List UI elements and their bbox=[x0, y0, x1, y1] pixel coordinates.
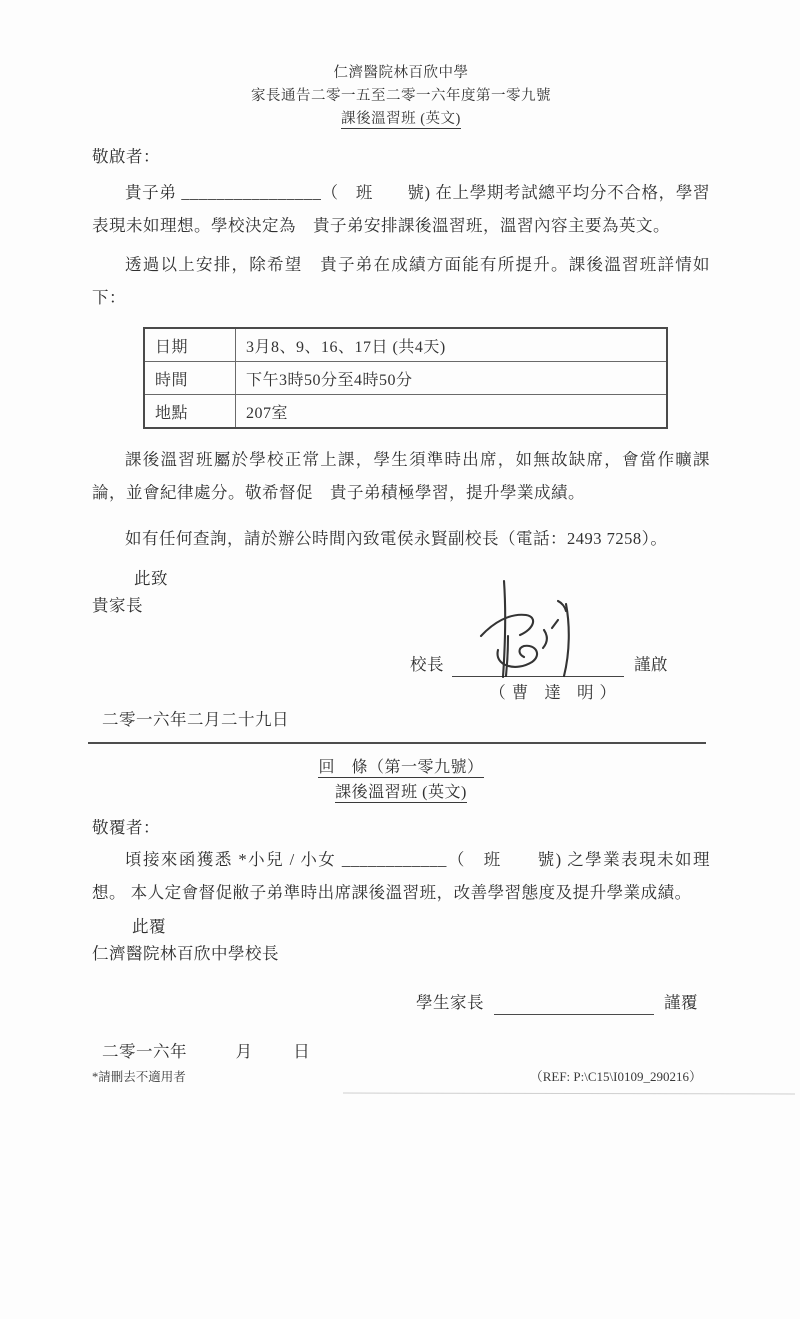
bottom-row: *請刪去不適用者 （REF: P:\C15\I0109_290216） bbox=[92, 1066, 710, 1085]
reply-date-month: 月 bbox=[236, 1042, 253, 1061]
reply-slip-subject: 課後溫習班 (英文) bbox=[92, 780, 710, 806]
principal-signoff: 謹啟 bbox=[634, 653, 668, 677]
handwritten-signature bbox=[480, 580, 584, 680]
letter-closing-parent: 貴家長 bbox=[92, 592, 710, 619]
letter-paragraph-4: 如有任何查詢，請於辦公時間內致電侯永賢副校長（電話：2493 7258）。 bbox=[92, 522, 710, 555]
notice-date: 二零一六年二月二十九日 bbox=[102, 707, 710, 733]
scan-artifact-line bbox=[343, 1093, 795, 1095]
notice-subject: 課後溫習班 (英文) bbox=[92, 108, 710, 131]
principal-role-label: 校長 bbox=[410, 653, 444, 677]
row-label-date: 日期 bbox=[144, 328, 236, 362]
reply-slip-title-text: 回 條（第一零九號） bbox=[318, 759, 483, 778]
row-value-time: 下午3時50分至4時50分 bbox=[236, 362, 668, 395]
class-details-table: 日期 3月8、9、16、17日 (共4天) 時間 下午3時50分至4時50分 地… bbox=[143, 327, 668, 429]
notice-number-line: 家長通告二零一五至二零一六年度第一零九號 bbox=[92, 85, 710, 108]
row-value-venue: 207室 bbox=[236, 395, 668, 429]
parent-signoff: 謹覆 bbox=[664, 991, 698, 1015]
reply-date-day: 日 bbox=[293, 1042, 310, 1061]
letter-closing-cizhi: 此致 bbox=[92, 565, 710, 592]
notice-subject-text: 課後溫習班 (英文) bbox=[341, 111, 461, 129]
row-label-time: 時間 bbox=[144, 362, 236, 395]
principal-signature-line bbox=[452, 654, 624, 677]
reply-slip-subject-text: 課後溫習班 (英文) bbox=[335, 784, 467, 803]
reply-slip-title: 回 條（第一零九號） bbox=[92, 755, 710, 780]
reply-body: 頃接來函獲悉 *小兒 / 小女 ____________（ 班 號) 之學業表現… bbox=[92, 843, 710, 909]
scanned-notice-page: 仁濟醫院林百欣中學 家長通告二零一五至二零一六年度第一零九號 課後溫習班 (英文… bbox=[0, 0, 800, 1319]
letter-paragraph-3: 課後溫習班屬於學校正常上課，學生須準時出席，如無故缺席，會當作曠課論，並會紀律處… bbox=[92, 443, 710, 509]
reply-closing-cifu: 此覆 bbox=[92, 913, 710, 940]
letter-salutation: 敬啟者： bbox=[92, 144, 710, 170]
file-reference: （REF: P:\C15\I0109_290216） bbox=[530, 1066, 702, 1085]
reply-date-row: 二零一六年 月 日 bbox=[102, 1039, 710, 1065]
letter-paragraph-1: 貴子弟 ________________（ 班 號) 在上學期考試總平均分不合格… bbox=[92, 176, 710, 242]
section-divider bbox=[88, 742, 706, 744]
table-row-date: 日期 3月8、9、16、17日 (共4天) bbox=[144, 328, 667, 362]
principal-name: （曹 達 明） bbox=[92, 679, 622, 703]
letter-paragraph-2: 透過以上安排，除希望 貴子弟在成績方面能有所提升。課後溫習班詳情如下： bbox=[92, 248, 710, 314]
row-value-date: 3月8、9、16、17日 (共4天) bbox=[236, 328, 668, 362]
reply-salutation: 敬覆者： bbox=[92, 815, 710, 841]
parent-signature-label: 學生家長 bbox=[416, 991, 484, 1015]
reply-date-year: 二零一六年 bbox=[102, 1042, 187, 1061]
parent-signature-row: 學生家長 謹覆 bbox=[92, 991, 698, 1015]
reply-closing-school: 仁濟醫院林百欣中學校長 bbox=[92, 940, 710, 967]
row-label-venue: 地點 bbox=[144, 395, 236, 429]
table-row-venue: 地點 207室 bbox=[144, 395, 667, 429]
principal-signature-row: 校長 謹啟 bbox=[92, 653, 668, 677]
parent-signature-line bbox=[494, 994, 654, 1015]
table-row-time: 時間 下午3時50分至4時50分 bbox=[144, 362, 667, 395]
delete-inapplicable-footnote: *請刪去不適用者 bbox=[92, 1067, 186, 1085]
school-name: 仁濟醫院林百欣中學 bbox=[92, 62, 710, 85]
